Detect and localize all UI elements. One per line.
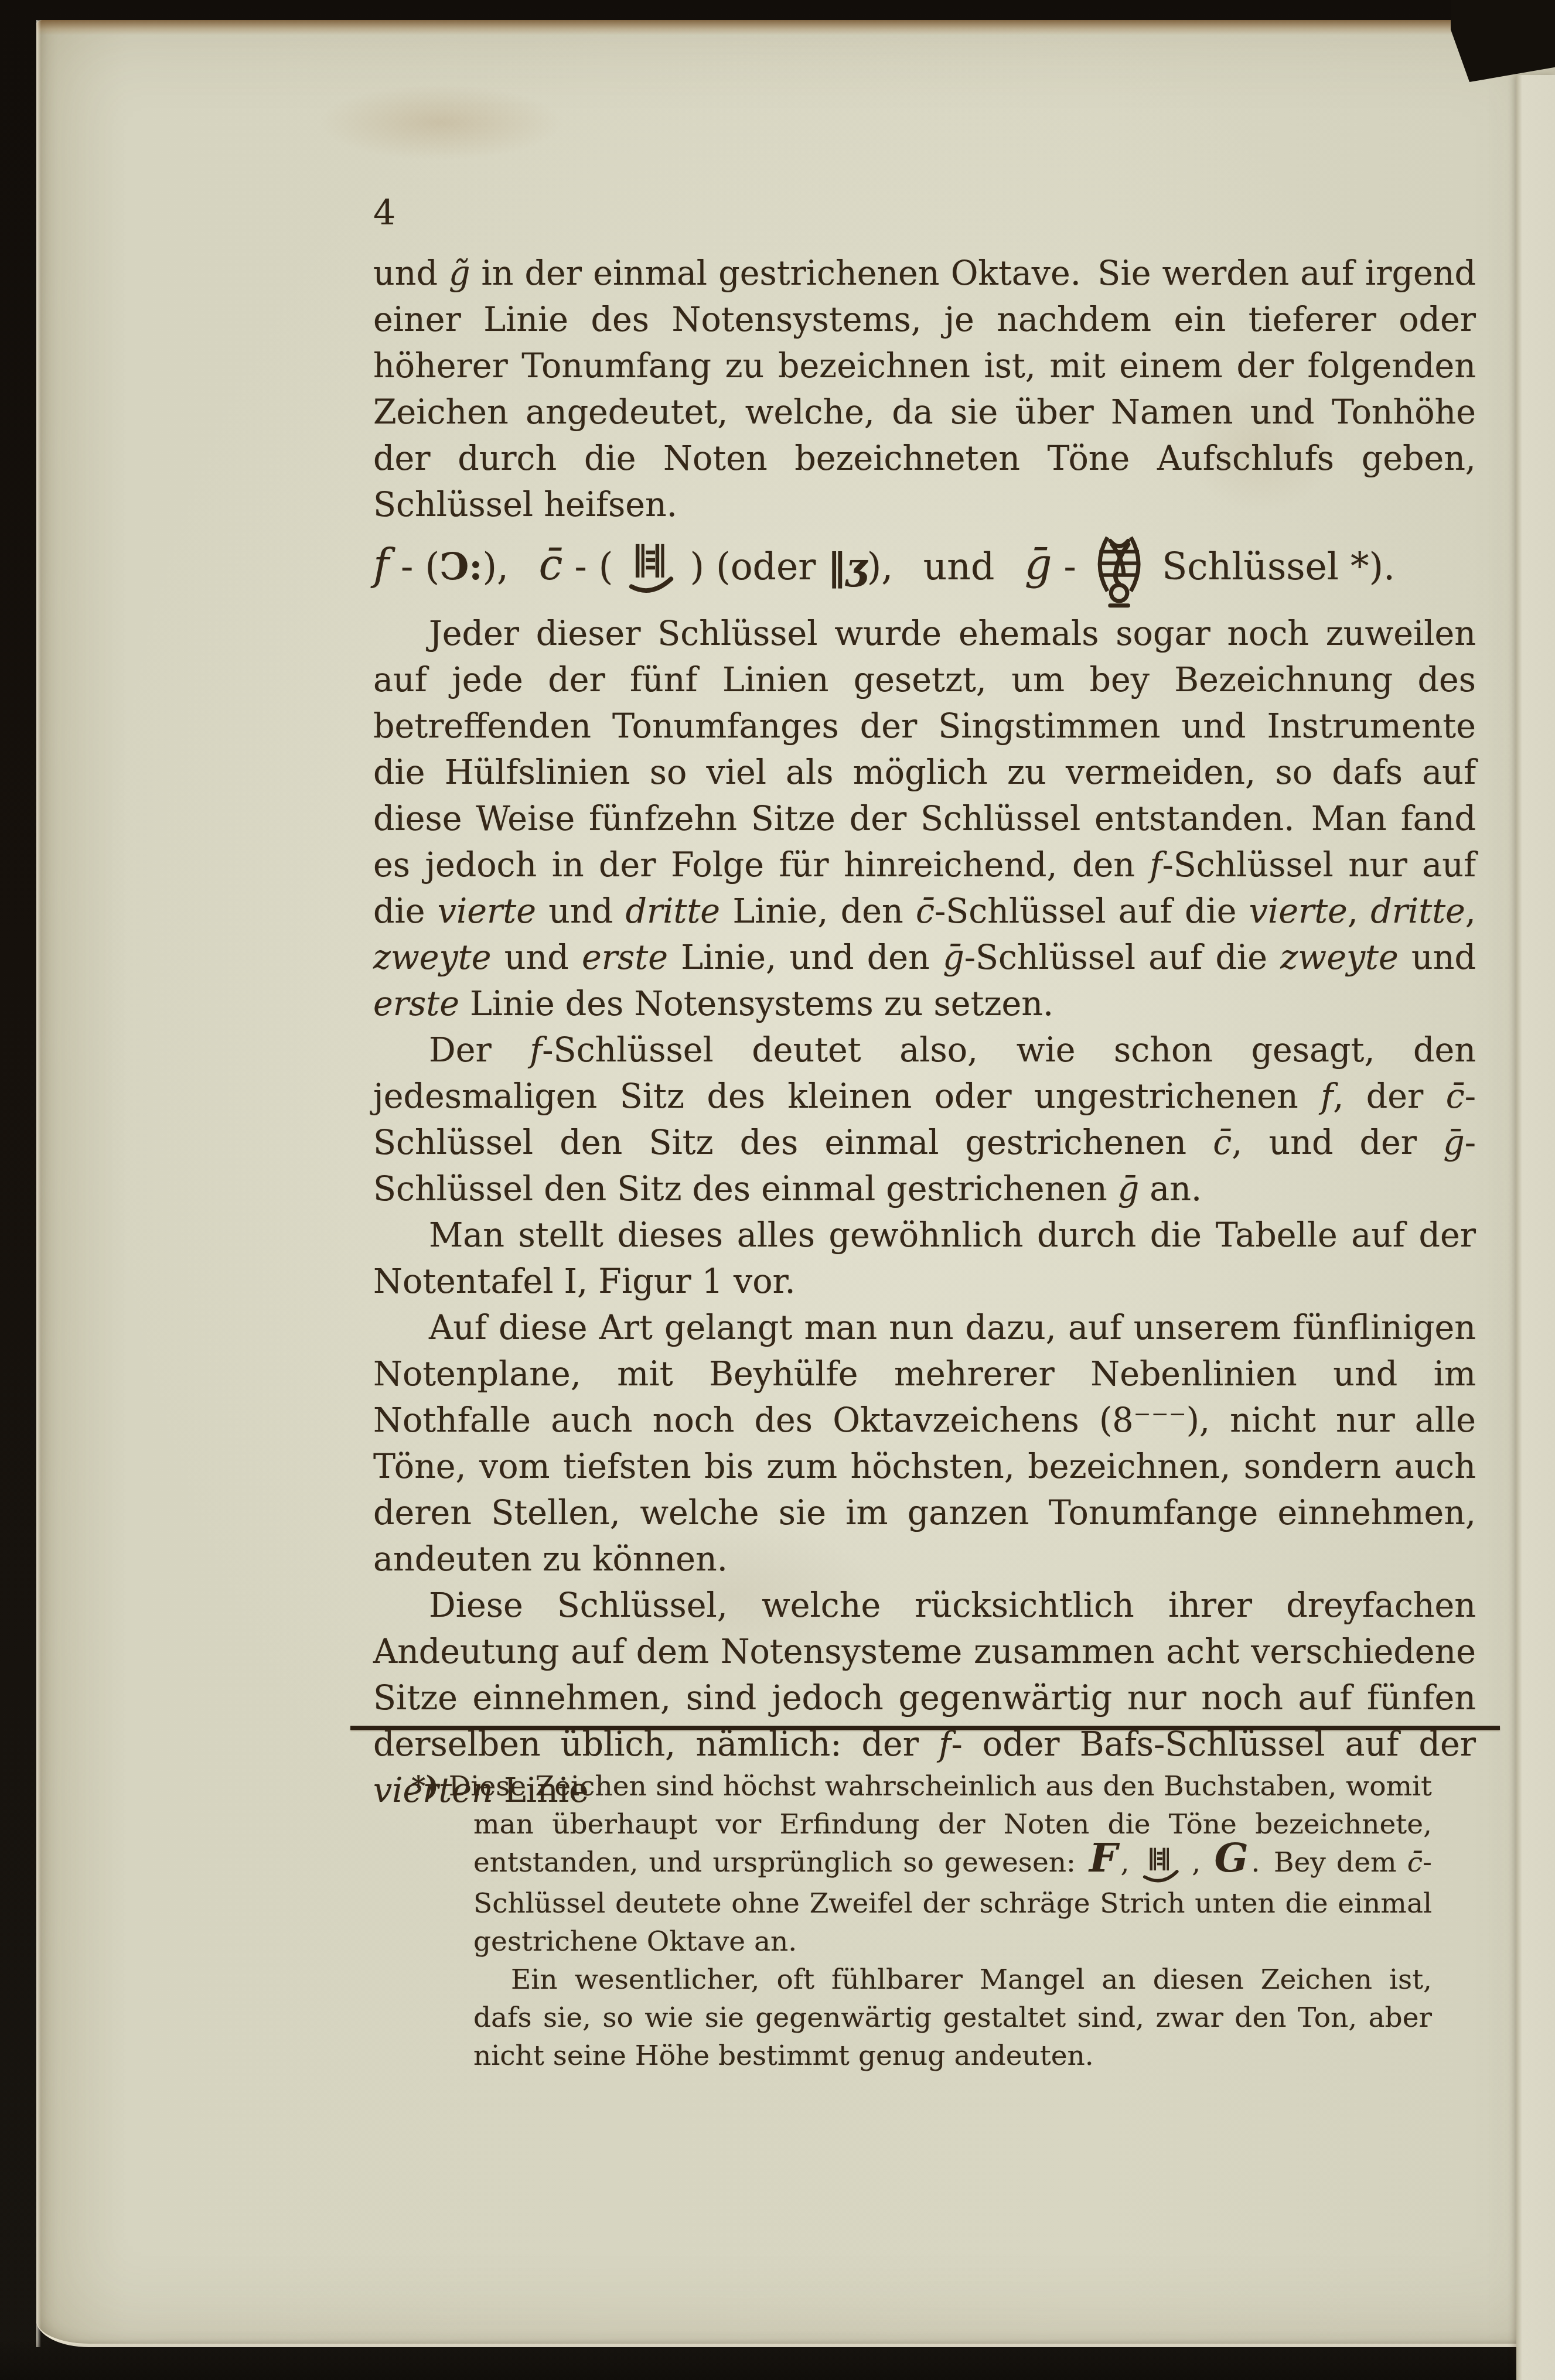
text-segment: Linie des Notensystems zu setzen.	[459, 985, 1053, 1023]
text-segment: ḡ	[1443, 1124, 1465, 1162]
body-paragraph-3: Der f-Schlüssel deutet also, wie schon g…	[373, 1027, 1476, 1213]
body-paragraph-1: und g̃ in der einmal gestrichenen Oktave…	[373, 251, 1476, 528]
text-segment: - (	[562, 545, 613, 588]
text-segment: Schlüssel *).	[1162, 545, 1395, 588]
text-segment: und	[536, 892, 626, 931]
text-segment: ), und	[867, 545, 1025, 588]
page-number: 4	[373, 192, 1476, 234]
modern-c-clef-bars: ‖	[827, 545, 846, 588]
text-segment: -Schlüssel auf die	[964, 938, 1281, 977]
text-segment: ,	[1465, 892, 1476, 931]
text-segment: , der	[1333, 1077, 1446, 1116]
old-g-clef-icon	[1090, 534, 1148, 611]
body-paragraph-2: Jeder dieser Schlüssel wurde ehemals sog…	[373, 611, 1476, 1027]
c-clef-letter: c̄	[1407, 1846, 1423, 1879]
text-segment: f	[530, 1031, 542, 1070]
text-segment: und	[491, 938, 582, 977]
text-segment: und	[373, 254, 449, 293]
g-clef-letter: ḡ	[1025, 540, 1052, 590]
text-segment: zweyte	[1280, 938, 1398, 977]
scan-background: 4 und g̃ in der einmal gestrichenen Okta…	[0, 0, 1555, 2380]
footnote-area: *) Diese Zeichen sind höchst wahrscheinl…	[350, 1726, 1500, 2075]
text-segment: und	[1399, 938, 1476, 977]
text-segment: an.	[1139, 1170, 1202, 1208]
bottom-edge-shadow	[0, 2339, 1516, 2380]
book-page: 4 und g̃ in der einmal gestrichenen Okta…	[36, 20, 1555, 2347]
text-segment: in der einmal gestrichenen Oktave. Sie w…	[373, 254, 1476, 524]
text-segment: ḡ	[1118, 1170, 1140, 1208]
text-segment: c̄	[1446, 1077, 1465, 1116]
page-stain	[318, 84, 564, 161]
text-segment: ḡ	[943, 938, 964, 977]
text-segment: dritte	[626, 892, 721, 931]
old-f-clef-symbol: C	[439, 530, 469, 603]
text-segment: zweyte	[373, 938, 491, 977]
footnote-paragraph-2: Ein wesentlicher, oft fühlbarer Mangel a…	[411, 1961, 1432, 2075]
old-c-clef-icon	[627, 539, 676, 596]
c-clef-letter: c̄	[539, 540, 563, 590]
text-segment: c̄	[1213, 1124, 1232, 1162]
modern-c-clef-symbol: ʒ	[846, 545, 867, 588]
text-segment: vierte	[438, 892, 536, 931]
text-segment: erste	[582, 938, 668, 977]
page-top-edge	[36, 20, 1555, 35]
text-segment: ) (oder	[690, 545, 827, 588]
footnote-paragraph-1: *) Diese Zeichen sind höchst wahrscheinl…	[411, 1767, 1432, 1961]
old-c-clef-small-icon	[1143, 1845, 1179, 1884]
g-letter-overlined: g̃	[449, 254, 470, 293]
text-segment: -Schlüssel auf die	[935, 892, 1249, 931]
text-segment: Jeder dieser Schlüssel wurde ehemals sog…	[373, 614, 1476, 885]
top-right-corner-shadow	[1451, 0, 1555, 82]
text-segment: Man stellt dieses alles gewöhnlich durch…	[373, 1216, 1476, 1301]
footnote-text: *) Diese Zeichen sind höchst wahrscheinl…	[411, 1767, 1432, 2075]
footnote-marker: *)	[411, 1770, 449, 1802]
text-segment: Der	[429, 1031, 530, 1070]
text-segment: dritte	[1370, 892, 1465, 931]
adjacent-page-fore-edge	[1516, 75, 1555, 2380]
text-segment: Linie, den	[720, 892, 916, 931]
text-segment: ,	[1192, 1846, 1211, 1879]
clef-formula-line: f - (C:), c̄ - ( ) (oder ‖ʒ), und ḡ - S…	[373, 528, 1476, 611]
text-segment: ,	[1120, 1846, 1140, 1879]
text-segment: ),	[482, 545, 538, 588]
fraktur-g-symbol: G	[1211, 1835, 1251, 1882]
body-paragraph-5: Auf diese Art gelangt man nun dazu, auf …	[373, 1305, 1476, 1583]
text-segment: - (	[389, 545, 439, 588]
text-segment: , und der	[1232, 1124, 1443, 1162]
text-segment: ,	[1348, 892, 1371, 931]
old-f-clef-colon: :	[469, 545, 482, 588]
fraktur-f-symbol: F	[1086, 1835, 1120, 1882]
octave-sign-dashes: ⁻⁻⁻	[1134, 1401, 1186, 1440]
text-column: 4 und g̃ in der einmal gestrichenen Okta…	[373, 192, 1476, 1814]
page-left-edge	[36, 20, 41, 2347]
text-segment: erste	[373, 985, 459, 1023]
text-segment: f	[1321, 1077, 1333, 1116]
text-segment: . Bey dem	[1251, 1846, 1407, 1879]
text-segment: -	[1052, 545, 1088, 588]
text-segment: vierte	[1249, 892, 1348, 931]
text-segment: f	[1150, 846, 1162, 885]
f-clef-letter: f	[373, 540, 389, 590]
text-segment: Ein wesentlicher, oft fühlbarer Mangel a…	[473, 1964, 1432, 2072]
body-paragraph-4: Man stellt dieses alles gewöhnlich durch…	[373, 1213, 1476, 1305]
text-segment: Linie, und den	[668, 938, 943, 977]
text-segment: c̄	[916, 892, 935, 931]
footnote-separator	[350, 1726, 1500, 1730]
